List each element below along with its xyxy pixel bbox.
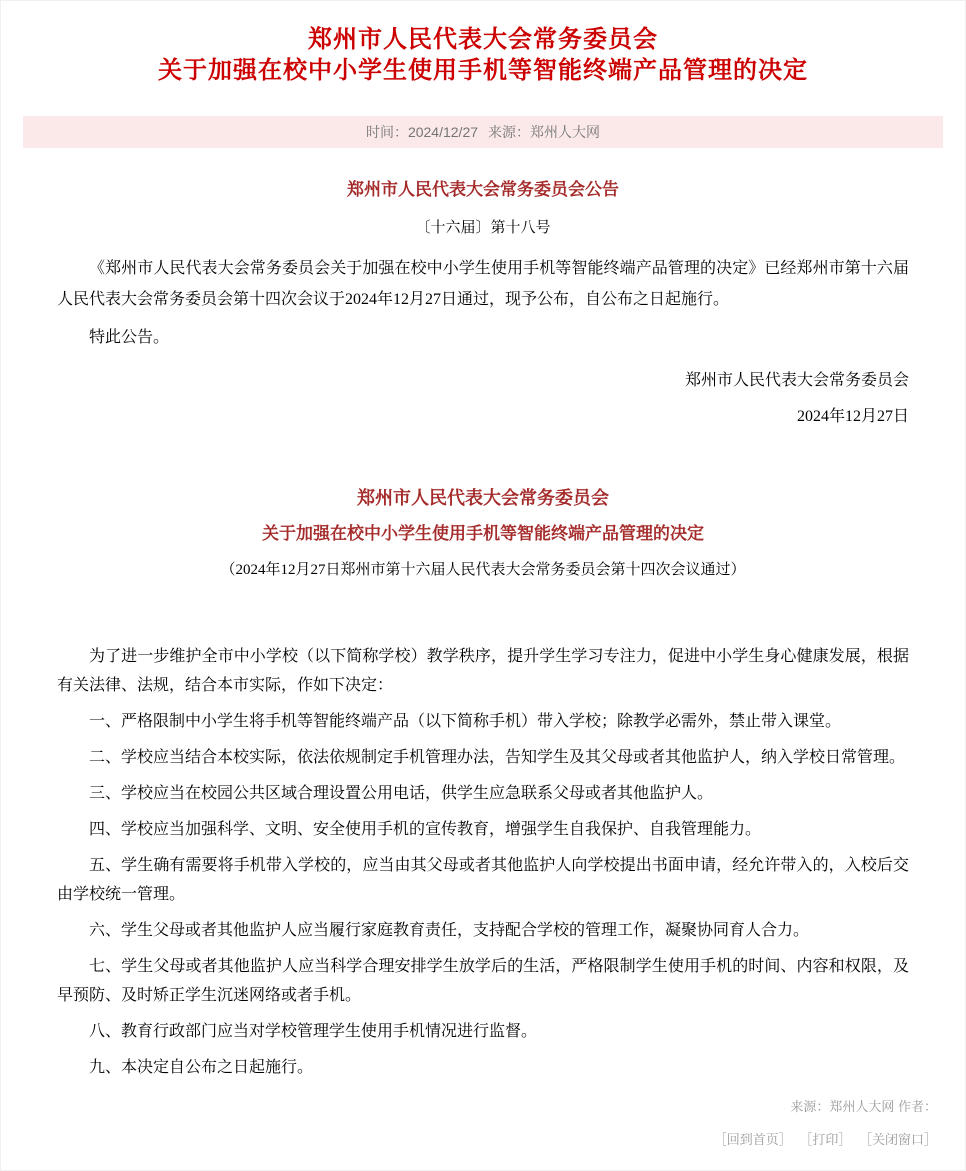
page-title-line2: 关于加强在校中小学生使用手机等智能终端产品管理的决定 — [1, 56, 965, 87]
close-window-link[interactable]: ［关闭窗口］ — [859, 1132, 937, 1147]
announcement-issue-number: 〔十六届〕第十八号 — [1, 218, 965, 238]
announcement-closing: 特此公告。 — [1, 323, 965, 353]
decision-heading-line2: 关于加强在校中小学生使用手机等智能终端产品管理的决定 — [1, 522, 965, 545]
back-home-link[interactable]: ［回到首页］ — [714, 1132, 792, 1147]
announcement-heading: 郑州市人民代表大会常务委员会公告 — [1, 179, 965, 201]
decision-item-1: 一、严格限制中小学生将手机等智能终端产品（以下简称手机）带入学校；除教学必需外，… — [57, 707, 909, 736]
announcement-date: 2024年12月27日 — [1, 402, 965, 432]
decision-intro: 为了进一步维护全市中小学校（以下简称学校）教学秩序，提升学生学习专注力，促进中小… — [57, 642, 909, 700]
announcement-body: 《郑州市人民代表大会常务委员会关于加强在校中小学生使用手机等智能终端产品管理的决… — [1, 253, 965, 315]
page-title-line1: 郑州市人民代表大会常务委员会 — [1, 25, 965, 56]
decision-item-5: 五、学生确有需要将手机带入学校的，应当由其父母或者其他监护人向学校提出书面申请，… — [57, 851, 909, 909]
decision-item-3: 三、学校应当在校园公共区域合理设置公用电话，供学生应急联系父母或者其他监护人。 — [57, 779, 909, 808]
article-footer: 来源：郑州人大网 作者： ［回到首页］ ［打印］ ［关闭窗口］ — [1, 1098, 965, 1149]
page-title: 郑州市人民代表大会常务委员会 关于加强在校中小学生使用手机等智能终端产品管理的决… — [1, 1, 965, 87]
meta-bar: 时间：2024/12/27 来源：郑州人大网 — [23, 116, 943, 148]
decision-item-4: 四、学校应当加强科学、文明、安全使用手机的宣传教育，增强学生自我保护、自我管理能… — [57, 815, 909, 844]
decision-item-8: 八、教育行政部门应当对学校管理学生使用手机情况进行监督。 — [57, 1017, 909, 1046]
decision-item-9: 九、本决定自公布之日起施行。 — [57, 1053, 909, 1082]
decision-body: 为了进一步维护全市中小学校（以下简称学校）教学秩序，提升学生学习专注力，促进中小… — [1, 642, 965, 1082]
article-page: 郑州市人民代表大会常务委员会 关于加强在校中小学生使用手机等智能终端产品管理的决… — [0, 0, 966, 1171]
decision-adoption-note: （2024年12月27日郑州市第十六届人民代表大会常务委员会第十四次会议通过） — [1, 560, 965, 580]
decision-item-7: 七、学生父母或者其他监护人应当科学合理安排学生放学后的生活，严格限制学生使用手机… — [57, 952, 909, 1010]
meta-source: 来源：郑州人大网 — [488, 122, 600, 142]
print-link[interactable]: ［打印］ — [799, 1132, 851, 1147]
meta-time: 时间：2024/12/27 — [366, 122, 478, 142]
footer-source-author: 来源：郑州人大网 作者： — [1, 1098, 937, 1116]
decision-item-6: 六、学生父母或者其他监护人应当履行家庭教育责任，支持配合学校的管理工作，凝聚协同… — [57, 916, 909, 945]
decision-item-2: 二、学校应当结合本校实际，依法依规制定手机管理办法，告知学生及其父母或者其他监护… — [57, 743, 909, 772]
decision-heading-line1: 郑州市人民代表大会常务委员会 — [1, 486, 965, 510]
announcement-signature: 郑州市人民代表大会常务委员会 — [1, 366, 965, 396]
footer-links: ［回到首页］ ［打印］ ［关闭窗口］ — [1, 1131, 937, 1149]
